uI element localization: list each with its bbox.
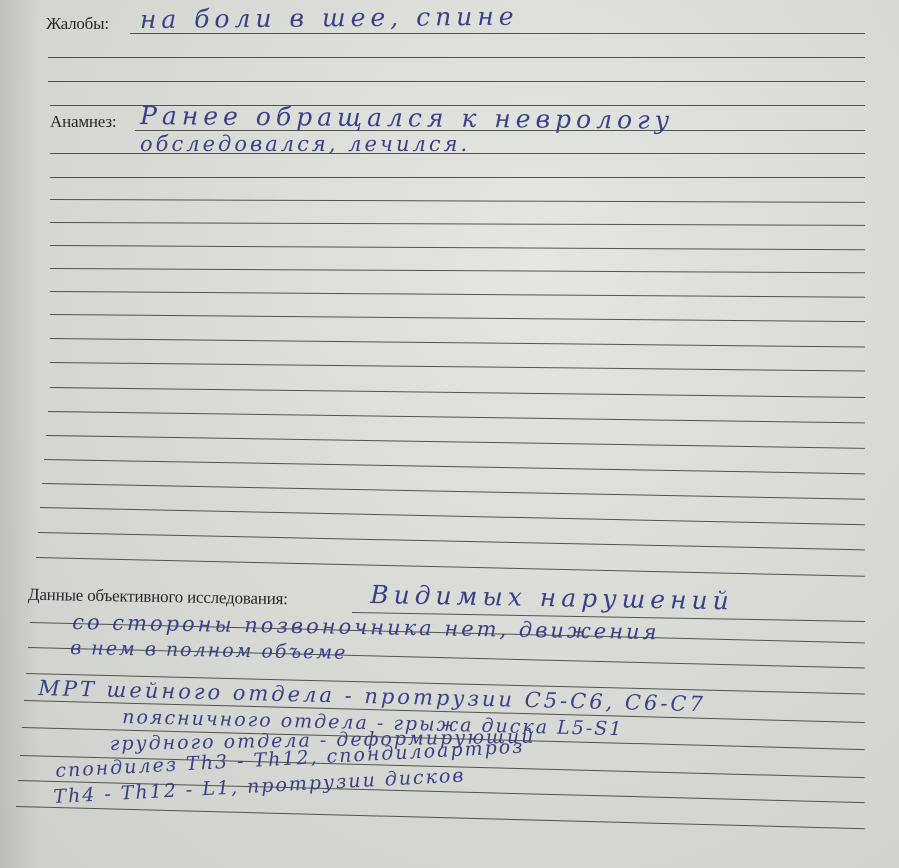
complaints-handwritten: на боли в шее, спине bbox=[140, 2, 519, 34]
form-rule bbox=[42, 483, 865, 500]
form-rule bbox=[40, 507, 865, 525]
form-rule bbox=[50, 199, 865, 203]
complaints-label: Жалобы: bbox=[46, 14, 109, 34]
form-rule bbox=[44, 459, 865, 474]
objective-exam-line-3: в нем в полном объеме bbox=[70, 637, 348, 664]
anamnesis-line-1: Ранее обращался к неврологу bbox=[140, 101, 674, 135]
form-rule bbox=[50, 362, 865, 372]
form-rule bbox=[50, 314, 865, 322]
form-rule bbox=[50, 387, 865, 398]
form-rule bbox=[50, 268, 865, 273]
anamnesis-label: Анамнез: bbox=[50, 112, 116, 132]
objective-exam-label: Данные объективного исследования: bbox=[28, 585, 288, 610]
form-rule bbox=[48, 411, 865, 423]
medical-form-page: Жалобы: на боли в шее, спине Анамнез: Ра… bbox=[0, 0, 899, 868]
form-rule bbox=[50, 177, 865, 178]
form-rule bbox=[130, 33, 865, 34]
form-rule bbox=[50, 291, 865, 298]
form-rule bbox=[38, 532, 865, 550]
form-rule bbox=[48, 57, 865, 58]
form-rule bbox=[50, 245, 865, 250]
anamnesis-line-2: обследовался, лечился. bbox=[140, 132, 470, 156]
form-rule bbox=[46, 435, 865, 449]
form-rule bbox=[36, 557, 865, 577]
form-rule bbox=[50, 338, 865, 348]
form-rule bbox=[16, 806, 865, 829]
objective-exam-line-1: Видимых нарушений bbox=[370, 580, 734, 615]
form-rule bbox=[48, 81, 865, 82]
form-rule bbox=[50, 222, 865, 226]
